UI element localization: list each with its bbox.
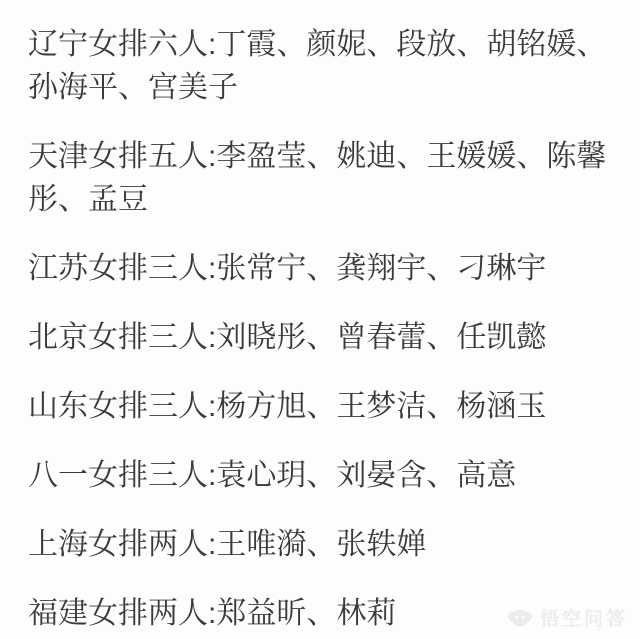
- watermark: 悟空问答: [507, 604, 628, 631]
- team-entry-liaoning: 辽宁女排六人:丁霞、颜妮、段放、胡铭媛、孙海平、宫美子: [28, 23, 614, 109]
- team-entry-tianjin: 天津女排五人:李盈莹、姚迪、王媛媛、陈馨彤、孟豆: [28, 135, 614, 221]
- team-entry-beijing: 北京女排三人:刘晓彤、曾春蕾、任凯懿: [28, 316, 614, 359]
- team-roster-list: 辽宁女排六人:丁霞、颜妮、段放、胡铭媛、孙海平、宫美子 天津女排五人:李盈莹、姚…: [0, 0, 640, 635]
- team-entry-shanghai: 上海女排两人:王唯漪、张轶婵: [28, 523, 614, 566]
- team-entry-jiangsu: 江苏女排三人:张常宁、龚翔宇、刁琳宇: [28, 247, 614, 290]
- team-entry-bayi: 八一女排三人:袁心玥、刘晏含、高意: [28, 454, 614, 497]
- wukong-monkey-logo-icon: [507, 608, 533, 628]
- watermark-text: 悟空问答: [540, 604, 628, 631]
- team-entry-shandong: 山东女排三人:杨方旭、王梦洁、杨涵玉: [28, 385, 614, 428]
